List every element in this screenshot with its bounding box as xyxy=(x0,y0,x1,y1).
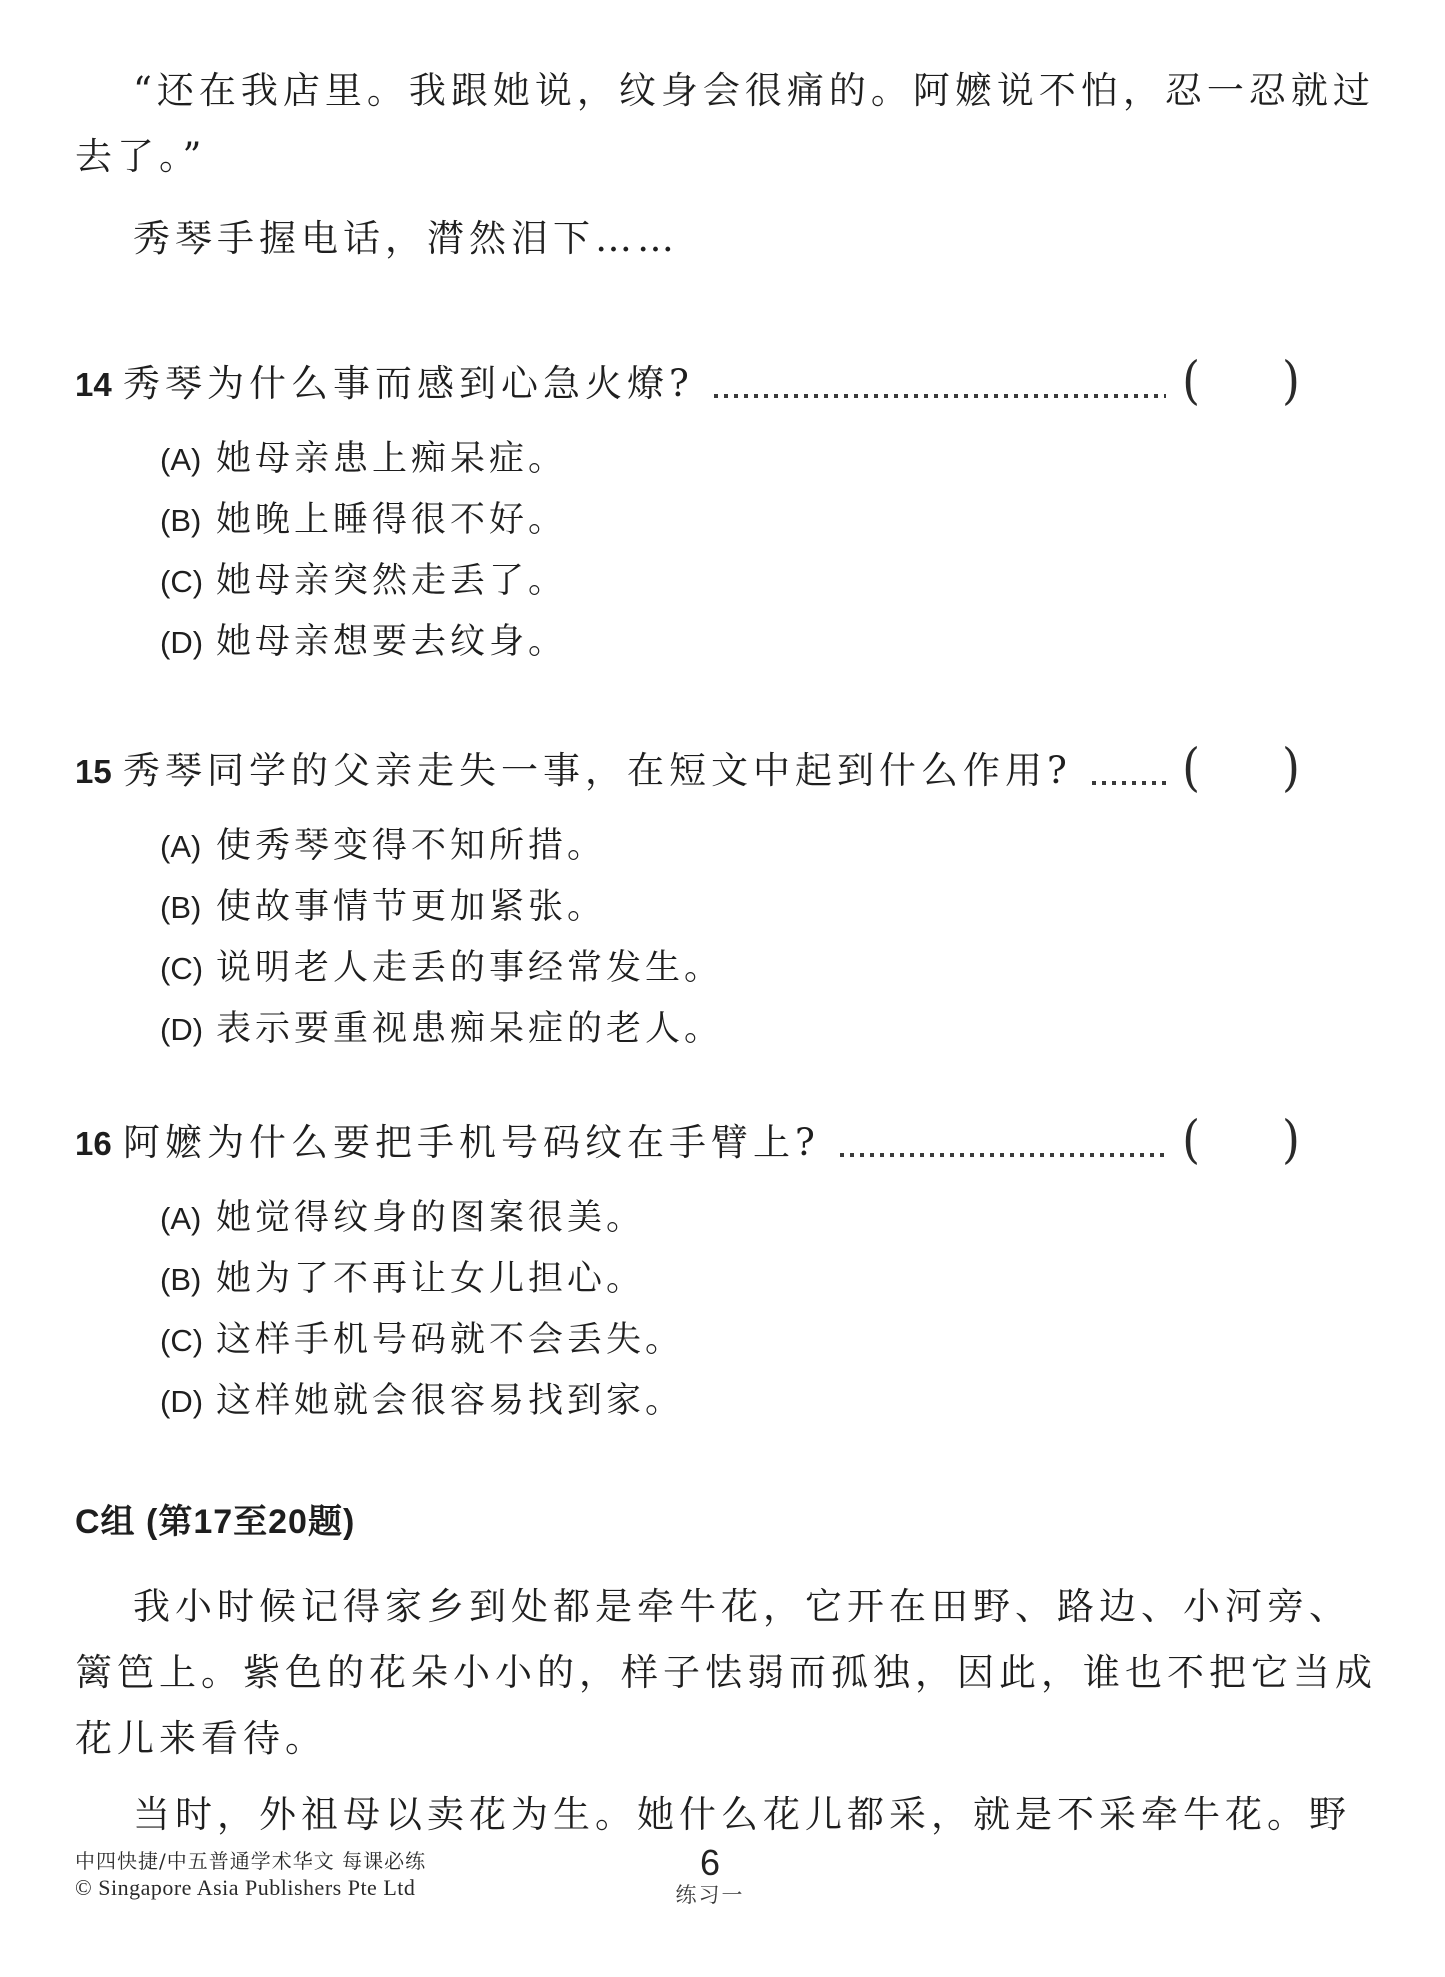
option-c: (C) 她母亲突然走丢了。 xyxy=(75,558,1370,605)
section-c-header: C组 (第17至20题) xyxy=(75,1500,1370,1544)
option-text: 她母亲患上痴呆症。 xyxy=(216,436,567,482)
question-15-line: 15 秀琴同学的父亲走失一事，在短文中起到什么作用? ( ) xyxy=(75,734,1370,805)
option-d: (D) 表示要重视患痴呆症的老人。 xyxy=(75,1006,1370,1053)
option-label: (D) xyxy=(160,1379,216,1425)
option-text: 她觉得纹身的图案很美。 xyxy=(216,1195,645,1241)
option-text: 使秀琴变得不知所措。 xyxy=(216,823,606,869)
option-b: (B) 使故事情节更加紧张。 xyxy=(75,884,1370,931)
option-label: (A) xyxy=(160,1196,216,1242)
passage-line: “还在我店里。我跟她说，纹身会很痛的。阿嬷说不怕，忍一忍就过 xyxy=(75,58,1370,124)
copyright-line: © Singapore Asia Publishers Pte Ltd xyxy=(75,1874,426,1902)
passage-line: 去了。” xyxy=(75,124,1370,190)
footer-imprint: 中四快捷/中五普通学术华文 每课必练 © Singapore Asia Publ… xyxy=(75,1848,426,1902)
option-label: (C) xyxy=(160,559,216,605)
section-c: C组 (第17至20题) 我小时候记得家乡到处都是牵牛花，它开在田野、路边、小河… xyxy=(75,1500,1370,1848)
option-text: 表示要重视患痴呆症的老人。 xyxy=(216,1006,723,1052)
option-text: 这样手机号码就不会丢失。 xyxy=(216,1317,684,1363)
option-text: 使故事情节更加紧张。 xyxy=(216,884,606,930)
answer-bracket-close: ) xyxy=(1282,1102,1300,1176)
question-number: 14 xyxy=(75,352,123,418)
option-a: (A) 她觉得纹身的图案很美。 xyxy=(75,1195,1370,1242)
option-label: (D) xyxy=(160,1007,216,1053)
option-text: 这样她就会很容易找到家。 xyxy=(216,1378,684,1424)
question-text: 秀琴为什么事而感到心急火燎? xyxy=(123,351,694,417)
option-text: 她母亲想要去纹身。 xyxy=(216,619,567,665)
footer-pagination: 6 练习一 xyxy=(645,1844,775,1908)
question-text: 秀琴同学的父亲走失一事，在短文中起到什么作用? xyxy=(123,738,1072,804)
option-d: (D) 她母亲想要去纹身。 xyxy=(75,619,1370,666)
passage-line: 秀琴手握电话，潸然泪下…… xyxy=(75,206,1370,272)
question-number: 16 xyxy=(75,1111,123,1177)
answer-bracket-close: ) xyxy=(1282,730,1300,804)
option-c: (C) 说明老人走丢的事经常发生。 xyxy=(75,945,1370,992)
answer-bracket-open: ( xyxy=(1182,1102,1200,1176)
dotted-leader xyxy=(1092,781,1166,785)
option-label: (B) xyxy=(160,498,216,544)
option-text: 说明老人走丢的事经常发生。 xyxy=(216,945,723,991)
option-label: (B) xyxy=(160,1257,216,1303)
exercise-label: 练习一 xyxy=(645,1882,775,1908)
dotted-leader xyxy=(840,1153,1166,1157)
answer-bracket-open: ( xyxy=(1182,730,1200,804)
option-label: (A) xyxy=(160,824,216,870)
option-text: 她晚上睡得很不好。 xyxy=(216,497,567,543)
option-label: (A) xyxy=(160,437,216,483)
question-14: 14 秀琴为什么事而感到心急火燎? ( ) (A) 她母亲患上痴呆症。 (B) … xyxy=(75,347,1370,666)
option-b: (B) 她晚上睡得很不好。 xyxy=(75,497,1370,544)
passage-line: 我小时候记得家乡到处都是牵牛花，它开在田野、路边、小河旁、 xyxy=(75,1574,1370,1640)
option-label: (C) xyxy=(160,946,216,992)
passage-line: 当时，外祖母以卖花为生。她什么花儿都采，就是不采牵牛花。野 xyxy=(75,1782,1370,1848)
option-text: 她母亲突然走丢了。 xyxy=(216,558,567,604)
worksheet-page: “还在我店里。我跟她说，纹身会很痛的。阿嬷说不怕，忍一忍就过 去了。” 秀琴手握… xyxy=(0,0,1445,1977)
option-label: (D) xyxy=(160,620,216,666)
page-content: “还在我店里。我跟她说，纹身会很痛的。阿嬷说不怕，忍一忍就过 去了。” 秀琴手握… xyxy=(0,0,1445,1848)
passage-line: 花儿来看待。 xyxy=(75,1706,1370,1772)
option-text: 她为了不再让女儿担心。 xyxy=(216,1256,645,1302)
question-16: 16 阿嬷为什么要把手机号码纹在手臂上? ( ) (A) 她觉得纹身的图案很美。… xyxy=(75,1106,1370,1425)
option-a: (A) 她母亲患上痴呆症。 xyxy=(75,436,1370,483)
option-d: (D) 这样她就会很容易找到家。 xyxy=(75,1378,1370,1425)
passage-line: 篱笆上。紫色的花朵小小的，样子怯弱而孤独，因此，谁也不把它当成 xyxy=(75,1640,1370,1706)
page-number: 6 xyxy=(645,1844,775,1882)
option-c: (C) 这样手机号码就不会丢失。 xyxy=(75,1317,1370,1364)
option-label: (B) xyxy=(160,885,216,931)
question-16-line: 16 阿嬷为什么要把手机号码纹在手臂上? ( ) xyxy=(75,1106,1370,1177)
option-b: (B) 她为了不再让女儿担心。 xyxy=(75,1256,1370,1303)
question-14-line: 14 秀琴为什么事而感到心急火燎? ( ) xyxy=(75,347,1370,418)
question-number: 15 xyxy=(75,739,123,805)
option-label: (C) xyxy=(160,1318,216,1364)
answer-bracket-close: ) xyxy=(1282,343,1300,417)
series-title: 中四快捷/中五普通学术华文 每课必练 xyxy=(75,1848,426,1874)
page-footer: 中四快捷/中五普通学术华文 每课必练 © Singapore Asia Publ… xyxy=(0,1848,1445,1938)
option-a: (A) 使秀琴变得不知所措。 xyxy=(75,823,1370,870)
question-text: 阿嬷为什么要把手机号码纹在手臂上? xyxy=(123,1110,820,1176)
dotted-leader xyxy=(714,394,1166,398)
question-15: 15 秀琴同学的父亲走失一事，在短文中起到什么作用? ( ) (A) 使秀琴变得… xyxy=(75,734,1370,1053)
answer-bracket-open: ( xyxy=(1182,343,1200,417)
